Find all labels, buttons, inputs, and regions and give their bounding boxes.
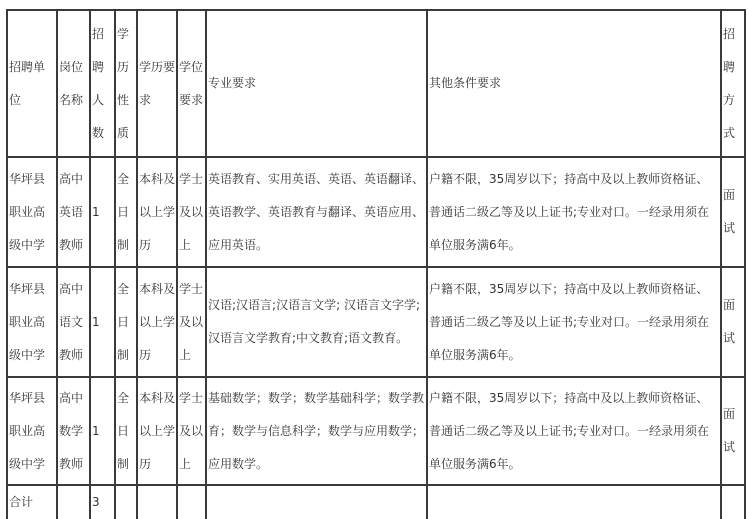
edu-nature-cell: 全日制 (115, 157, 137, 267)
major-cell: 汉语;汉语言;汉语言文学; 汉语言文字学; 汉语言文学教育;中文教育;语文教育。 (206, 267, 427, 377)
job-row-math: 华坪县职业高级中学 高中数学教师 1 全日制 本科及以上学历 学士及以上 基础数… (7, 377, 745, 485)
header-major-cell: 专业要求 (206, 10, 427, 157)
count-cell: 1 (90, 157, 115, 267)
header-method-cell: 招聘方式 (721, 10, 745, 157)
total-label-cell: 合计 (7, 485, 57, 519)
total-row: 合计 3 (7, 485, 745, 519)
header-degree-cell: 学位要求 (177, 10, 206, 157)
header-unit-cell: 招聘单位 (7, 10, 57, 157)
unit-cell: 华坪县职业高级中学 (7, 267, 57, 377)
page: 招聘单位 岗位名称 招聘人数 学历性质 学历要求 学位要求 专业要求 其他条件要… (0, 0, 748, 519)
method-cell: 面试 (721, 377, 745, 485)
job-row-chinese: 华坪县职业高级中学 高中语文教师 1 全日制 本科及以上学历 学士及以上 汉语;… (7, 267, 745, 377)
recruitment-table: 招聘单位 岗位名称 招聘人数 学历性质 学历要求 学位要求 专业要求 其他条件要… (6, 9, 746, 519)
degree-cell: 学士及以上 (177, 157, 206, 267)
total-empty-cell (115, 485, 137, 519)
header-edu-level-cell: 学历要求 (137, 10, 177, 157)
count-cell: 1 (90, 377, 115, 485)
job-row-english: 华坪县职业高级中学 高中英语教师 1 全日制 本科及以上学历 学士及以上 英语教… (7, 157, 745, 267)
method-cell: 面试 (721, 267, 745, 377)
total-empty-cell (206, 485, 427, 519)
header-row: 招聘单位 岗位名称 招聘人数 学历性质 学历要求 学位要求 专业要求 其他条件要… (7, 10, 745, 157)
total-empty-cell (137, 485, 177, 519)
position-cell: 高中语文教师 (57, 267, 90, 377)
edu-level-cell: 本科及以上学历 (137, 157, 177, 267)
position-cell: 高中数学教师 (57, 377, 90, 485)
header-count-cell: 招聘人数 (90, 10, 115, 157)
edu-level-cell: 本科及以上学历 (137, 267, 177, 377)
total-empty-cell (721, 485, 745, 519)
edu-nature-cell: 全日制 (115, 267, 137, 377)
total-empty-cell (427, 485, 721, 519)
other-cell: 户籍不限，35周岁以下；持高中及以上教师资格证、普通话二级乙等及以上证书;专业对… (427, 377, 721, 485)
total-count-cell: 3 (90, 485, 115, 519)
degree-cell: 学士及以上 (177, 377, 206, 485)
total-empty-cell (57, 485, 90, 519)
count-cell: 1 (90, 267, 115, 377)
unit-cell: 华坪县职业高级中学 (7, 157, 57, 267)
other-cell: 户籍不限，35周岁以下；持高中及以上教师资格证、普通话二级乙等及以上证书;专业对… (427, 267, 721, 377)
header-other-cell: 其他条件要求 (427, 10, 721, 157)
unit-cell: 华坪县职业高级中学 (7, 377, 57, 485)
header-position-cell: 岗位名称 (57, 10, 90, 157)
other-cell: 户籍不限，35周岁以下；持高中及以上教师资格证、普通话二级乙等及以上证书;专业对… (427, 157, 721, 267)
major-cell: 基础数学；数学；数学基础科学；数学教育；数学与信息科学；数学与应用数学；应用数学… (206, 377, 427, 485)
edu-nature-cell: 全日制 (115, 377, 137, 485)
method-cell: 面试 (721, 157, 745, 267)
degree-cell: 学士及以上 (177, 267, 206, 377)
major-cell: 英语教育、实用英语、英语、英语翻译、英语教学、英语教育与翻译、英语应用、应用英语… (206, 157, 427, 267)
total-empty-cell (177, 485, 206, 519)
position-cell: 高中英语教师 (57, 157, 90, 267)
header-edu-nature-cell: 学历性质 (115, 10, 137, 157)
edu-level-cell: 本科及以上学历 (137, 377, 177, 485)
